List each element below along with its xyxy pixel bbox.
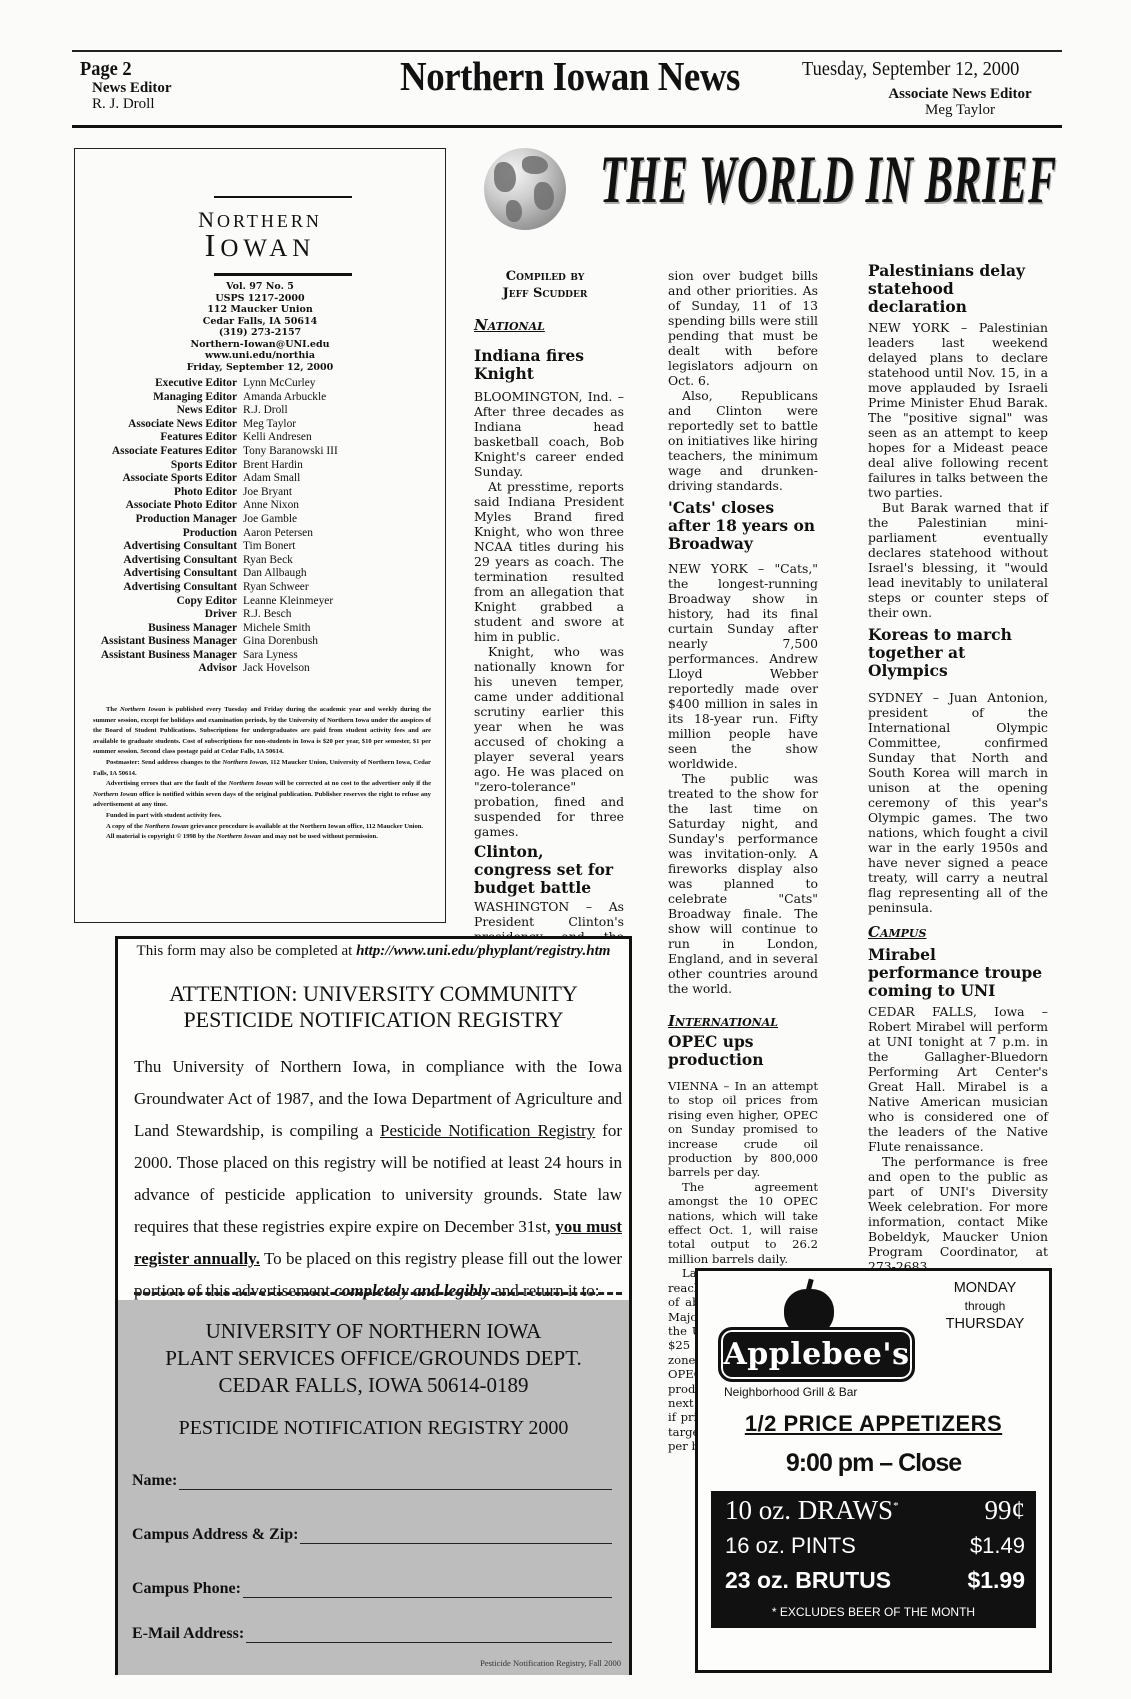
- legal-paragraph: All material is copyright © 1998 by the …: [93, 832, 431, 843]
- article-paragraph: At presstime, reports said Indiana Presi…: [474, 479, 624, 644]
- exclusion-note: * EXCLUDES BEER OF THE MONTH: [711, 1605, 1036, 1619]
- staff-row: Associate News EditorMeg Taylor: [75, 418, 445, 432]
- staff-list: Executive EditorLynn McCurley Managing E…: [75, 377, 445, 676]
- registry-url-link[interactable]: http://www.uni.edu/phyplant/registry.htm: [356, 943, 610, 959]
- ad-title-line: PESTICIDE NOTIFICATION REGISTRY: [118, 1007, 629, 1033]
- staff-name: Michele Smith: [243, 622, 310, 636]
- staff-role: Advertising Consultant: [75, 554, 243, 568]
- world-in-brief-banner: THE WORLD IN BRIEF: [600, 140, 1057, 219]
- compiled-by: Compiled by Jeff Scudder: [472, 268, 618, 302]
- staff-name: Ryan Beck: [243, 554, 293, 568]
- staff-name: Adam Small: [243, 472, 300, 486]
- staff-name: Tony Baranowski III: [243, 445, 338, 459]
- article-paragraph: SYDNEY – Juan Antonion, president of the…: [868, 690, 1048, 915]
- offer-time: 9:00 pm – Close: [698, 1449, 1049, 1478]
- name-field[interactable]: Name:: [132, 1472, 612, 1490]
- staff-row: AdvisorJack Hovelson: [75, 662, 445, 676]
- staff-role: Assistant Business Manager: [75, 649, 243, 663]
- ad-title: ATTENTION: UNIVERSITY COMMUNITY PESTICID…: [118, 981, 629, 1033]
- article-paragraph: NEW YORK – "Cats," the longest-running B…: [668, 561, 818, 771]
- staff-role: Advertising Consultant: [75, 540, 243, 554]
- staff-row: Associate Photo EditorAnne Nixon: [75, 499, 445, 513]
- headline-knight: Indiana fires Knight: [474, 347, 624, 383]
- staff-role: Photo Editor: [75, 486, 243, 500]
- legal-paragraph: A copy of the Northern Iowan grievance p…: [93, 822, 431, 833]
- staff-name: Lynn McCurley: [243, 377, 315, 391]
- article-palestinians: NEW YORK – Palestinian leaders last week…: [868, 320, 1048, 620]
- news-editor-credit: News Editor R. J. Droll: [92, 80, 172, 112]
- special-item: 23 oz. BRUTUS: [725, 1567, 891, 1594]
- staff-row: ProductionAaron Petersen: [75, 527, 445, 541]
- form-footer: Pesticide Notification Registry, Fall 20…: [480, 1658, 621, 1668]
- registry-title: PESTICIDE NOTIFICATION REGISTRY 2000: [118, 1417, 629, 1440]
- section-masthead: Northern Iowan News: [400, 52, 740, 100]
- headline-palestinians: Palestinians delay statehood declaration: [868, 262, 1048, 316]
- staff-name: R.J. Droll: [243, 404, 288, 418]
- email-link[interactable]: Northern-Iowan@UNI.edu: [75, 339, 445, 351]
- article-paragraph: BLOOMINGTON, Ind. – After three decades …: [474, 389, 624, 479]
- staff-role: Production: [75, 527, 243, 541]
- staff-role: Advertising Consultant: [75, 581, 243, 595]
- staff-role: Driver: [75, 608, 243, 622]
- day-end: THURSDAY: [930, 1315, 1040, 1333]
- article-paragraph: CEDAR FALLS, Iowa – Robert Mirabel will …: [868, 1004, 1048, 1154]
- special-price: $1.99: [967, 1567, 1025, 1594]
- applebees-ad: Applebee's Neighborhood Grill & Bar MOND…: [695, 1268, 1052, 1673]
- article-paragraph: The public was treated to the show for t…: [668, 771, 818, 996]
- name-input-line[interactable]: [179, 1474, 612, 1490]
- special-item: 16 oz. PINTS: [725, 1533, 856, 1559]
- staff-name: Brent Hardin: [243, 459, 303, 473]
- staff-role: Production Manager: [75, 513, 243, 527]
- article-mirabel: CEDAR FALLS, Iowa – Robert Mirabel will …: [868, 1004, 1048, 1274]
- article-paragraph: NEW YORK – Palestinian leaders last week…: [868, 320, 1048, 500]
- special-price: $1.49: [970, 1533, 1025, 1559]
- staff-row: Associate Features EditorTony Baranowski…: [75, 445, 445, 459]
- staff-role: Associate News Editor: [75, 418, 243, 432]
- nameplate-rule-bottom: [214, 273, 352, 276]
- headline-mirabel: Mirabel performance troupe coming to UNI: [868, 946, 1048, 1000]
- staff-name: Tim Bonert: [243, 540, 295, 554]
- legal-paragraph: The Northern Iowan is published every Tu…: [93, 705, 431, 758]
- campus-address-input-line[interactable]: [300, 1528, 612, 1544]
- logo-text: Applebee's: [721, 1337, 912, 1372]
- volume: Vol. 97 No. 5: [75, 281, 445, 293]
- news-editor-name: R. J. Droll: [92, 96, 172, 112]
- staff-row: Advertising ConsultantTim Bonert: [75, 540, 445, 554]
- staff-name: Jack Hovelson: [243, 662, 310, 676]
- article-knight: BLOOMINGTON, Ind. – After three decades …: [474, 389, 624, 839]
- staff-row: Business ManagerMichele Smith: [75, 622, 445, 636]
- news-editor-role: News Editor: [92, 80, 172, 96]
- headline-clinton: Clinton, congress set for budget battle: [474, 843, 624, 897]
- staff-row: Production ManagerJoe Gamble: [75, 513, 445, 527]
- staff-role: Associate Sports Editor: [75, 472, 243, 486]
- staff-name: Ryan Schweer: [243, 581, 309, 595]
- usps: USPS 1217-2000: [75, 293, 445, 305]
- globe-icon: [484, 148, 566, 230]
- staff-role: News Editor: [75, 404, 243, 418]
- campus-phone-label: Campus Phone:: [132, 1580, 241, 1598]
- tagline: Neighborhood Grill & Bar: [724, 1385, 857, 1399]
- publication-info: Vol. 97 No. 5 USPS 1217-2000 112 Maucker…: [75, 281, 445, 373]
- staff-role: Executive Editor: [75, 377, 243, 391]
- offer-headline: 1/2 PRICE APPETIZERS: [698, 1411, 1049, 1437]
- headline-koreas: Koreas to march together at Olympics: [868, 626, 1048, 680]
- associate-news-editor-credit: Associate News Editor Meg Taylor: [880, 86, 1040, 118]
- return-address: UNIVERSITY OF NORTHERN IOWA PLANT SERVIC…: [118, 1318, 629, 1399]
- staff-name: R.J. Besch: [243, 608, 291, 622]
- nameplate-iowan: IOWAN: [75, 227, 445, 264]
- email-input-line[interactable]: [246, 1627, 612, 1643]
- staff-row: Copy EditorLeanne Kleinmeyer: [75, 595, 445, 609]
- staff-role: Associate Photo Editor: [75, 499, 243, 513]
- staff-name: Anne Nixon: [243, 499, 299, 513]
- column-1: National Indiana fires Knight BLOOMINGTO…: [474, 318, 624, 1034]
- special-price: 99¢: [985, 1495, 1026, 1526]
- headline-opec: OPEC ups production: [668, 1033, 818, 1069]
- staff-name: Joe Bryant: [243, 486, 292, 500]
- campus-address-field[interactable]: Campus Address & Zip:: [132, 1526, 612, 1544]
- article-paragraph: The performance is free and open to the …: [868, 1154, 1048, 1274]
- article-paragraph: Also, Republicans and Clinton were repor…: [668, 388, 818, 493]
- page-number: Page 2: [80, 58, 132, 81]
- campus-phone-input-line[interactable]: [243, 1582, 612, 1598]
- staff-name: Amanda Arbuckle: [243, 391, 326, 405]
- staff-row: DriverR.J. Besch: [75, 608, 445, 622]
- staff-row: News EditorR.J. Droll: [75, 404, 445, 418]
- address-line: CEDAR FALLS, IOWA 50614-0189: [118, 1372, 629, 1399]
- special-row: 16 oz. PINTS$1.49: [725, 1533, 1025, 1559]
- staff-name: Leanne Kleinmeyer: [243, 595, 333, 609]
- staff-role: Assistant Business Manager: [75, 635, 243, 649]
- info-date: Friday, September 12, 2000: [75, 362, 445, 374]
- section-international: International: [668, 1014, 818, 1029]
- days-offer: MONDAY through THURSDAY: [930, 1279, 1040, 1333]
- staff-row: Advertising ConsultantRyan Schweer: [75, 581, 445, 595]
- staff-row: Assistant Business ManagerGina Dorenbush: [75, 635, 445, 649]
- phone: (319) 273-2157: [75, 327, 445, 339]
- campus-phone-field[interactable]: Campus Phone:: [132, 1580, 612, 1598]
- staff-name: Kelli Andresen: [243, 431, 312, 445]
- legal-paragraph: Advertising errors that are the fault of…: [93, 779, 431, 811]
- assoc-editor-role: Associate News Editor: [880, 86, 1040, 102]
- pesticide-registry-ad: This form may also be completed at http:…: [115, 936, 632, 1675]
- email-field[interactable]: E-Mail Address:: [132, 1625, 612, 1643]
- staff-name: Gina Dorenbush: [243, 635, 318, 649]
- article-paragraph: VIENNA – In an attempt to stop oil price…: [668, 1079, 818, 1180]
- form-url-line: This form may also be completed at http:…: [118, 943, 629, 960]
- header-rule: [72, 125, 1062, 128]
- registry-form: UNIVERSITY OF NORTHERN IOWA PLANT SERVIC…: [118, 1300, 629, 1675]
- ad-title-line: ATTENTION: UNIVERSITY COMMUNITY: [118, 981, 629, 1007]
- section-campus: Campus: [868, 925, 1048, 940]
- staff-role: Associate Features Editor: [75, 445, 243, 459]
- address-line: UNIVERSITY OF NORTHERN IOWA: [118, 1318, 629, 1345]
- staff-name: Dan Allbaugh: [243, 567, 307, 581]
- campus-address-label: Campus Address & Zip:: [132, 1526, 298, 1544]
- staff-row: Advertising ConsultantRyan Beck: [75, 554, 445, 568]
- legal-notice: The Northern Iowan is published every Tu…: [93, 705, 431, 843]
- staff-row: Advertising ConsultantDan Allbaugh: [75, 567, 445, 581]
- staff-role: Managing Editor: [75, 391, 243, 405]
- special-item: 10 oz. DRAWS: [725, 1495, 893, 1525]
- nameplate-rest: OWAN: [220, 235, 315, 262]
- staff-role: Sports Editor: [75, 459, 243, 473]
- drink-specials: 10 oz. DRAWS*99¢ 16 oz. PINTS$1.49 23 oz…: [711, 1491, 1036, 1628]
- article-paragraph: Knight, who was nationally known for his…: [474, 644, 624, 839]
- assoc-editor-name: Meg Taylor: [880, 102, 1040, 118]
- city-line: Cedar Falls, IA 50614: [75, 316, 445, 328]
- legal-paragraph: Funded in part with student activity fee…: [93, 811, 431, 822]
- nameplate-initial: I: [205, 227, 221, 263]
- staff-role: Advertising Consultant: [75, 567, 243, 581]
- staff-row: Sports EditorBrent Hardin: [75, 459, 445, 473]
- staff-role: Business Manager: [75, 622, 243, 636]
- applebees-logo: Applebee's: [718, 1327, 915, 1382]
- staff-row: Associate Sports EditorAdam Small: [75, 472, 445, 486]
- staff-name: Sara Lyness: [243, 649, 298, 663]
- staff-role: Features Editor: [75, 431, 243, 445]
- email-label: E-Mail Address:: [132, 1625, 244, 1643]
- article-paragraph: But Barak warned that if the Palestinian…: [868, 500, 1048, 620]
- staff-name: Joe Gamble: [243, 513, 297, 527]
- article-cats: NEW YORK – "Cats," the longest-running B…: [668, 561, 818, 996]
- day-start: MONDAY: [930, 1279, 1040, 1297]
- website-link[interactable]: www.uni.edu/northia: [75, 350, 445, 362]
- legal-paragraph: Postmaster: Send address changes to the …: [93, 758, 431, 779]
- special-row: 10 oz. DRAWS*99¢: [725, 1495, 1025, 1526]
- ad-body: Thu University of Northern Iowa, in comp…: [134, 1051, 622, 1307]
- staff-row: Executive EditorLynn McCurley: [75, 377, 445, 391]
- section-national: National: [474, 318, 624, 333]
- cut-line: [134, 1292, 622, 1295]
- staff-row: Features EditorKelli Andresen: [75, 431, 445, 445]
- compiler-name: Jeff Scudder: [472, 285, 618, 302]
- article-koreas: SYDNEY – Juan Antonion, president of the…: [868, 690, 1048, 915]
- address-line: 112 Maucker Union: [75, 304, 445, 316]
- staff-row: Photo EditorJoe Bryant: [75, 486, 445, 500]
- staff-box: NORTHERN IOWAN Vol. 97 No. 5 USPS 1217-2…: [74, 148, 446, 923]
- compiled-label: Compiled by: [472, 268, 618, 285]
- through-label: through: [930, 1297, 1040, 1315]
- column-3: Palestinians delay statehood declaration…: [868, 262, 1048, 1274]
- staff-role: Advisor: [75, 662, 243, 676]
- article-paragraph: The agreement amongst the 10 OPEC nation…: [668, 1180, 818, 1266]
- address-line: PLANT SERVICES OFFICE/GROUNDS DEPT.: [118, 1345, 629, 1372]
- headline-cats: 'Cats' closes after 18 years on Broadway: [668, 499, 818, 553]
- article-clinton-continued: sion over budget bills and other priorit…: [668, 268, 818, 388]
- issue-date: Tuesday, September 12, 2000: [802, 58, 1019, 81]
- special-row: 23 oz. BRUTUS$1.99: [725, 1567, 1025, 1594]
- staff-role: Copy Editor: [75, 595, 243, 609]
- nameplate-rule-top: [214, 196, 352, 198]
- name-label: Name:: [132, 1472, 177, 1490]
- staff-row: Managing EditorAmanda Arbuckle: [75, 391, 445, 405]
- staff-name: Aaron Petersen: [243, 527, 313, 541]
- staff-name: Meg Taylor: [243, 418, 296, 432]
- staff-row: Assistant Business ManagerSara Lyness: [75, 649, 445, 663]
